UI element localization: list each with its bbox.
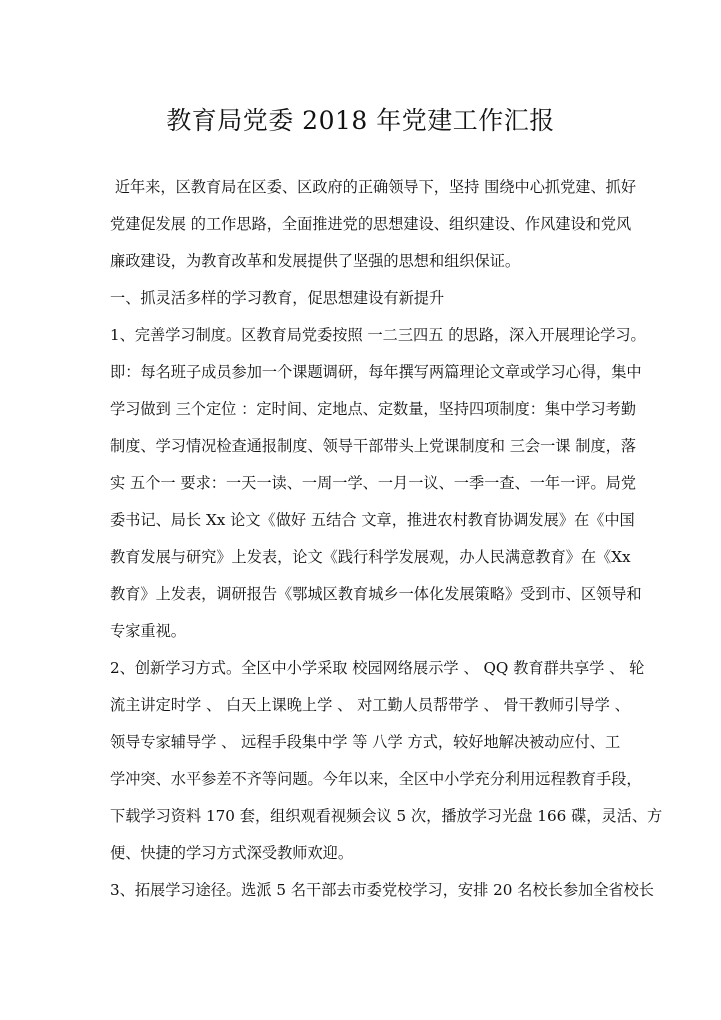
paragraph-line: 制度、学习情况检查通报制度、领导干部带头上党课制度和 三会一课 制度，落 — [110, 435, 612, 457]
paragraph-line: 委书记、局长 Xx 论文《做好 五结合 文章，推进农村教育协调发展》在《中国 — [110, 509, 612, 531]
paragraph-line: 廉政建设，为教育改革和发展提供了坚强的思想和组织保证。 — [110, 250, 612, 272]
paragraph-line: 党建促发展 的工作思路，全面推进党的思想建设、组织建设、作风建设和党风 — [110, 213, 612, 235]
section-heading: 一、抓灵活多样的学习教育，促思想建设有新提升 — [110, 287, 612, 309]
paragraph-line: 学冲突、水平参差不齐等问题。今年以来，全区中小学充分利用远程教育手段， — [110, 768, 612, 790]
paragraph-line: 2、创新学习方式。全区中小学采取 校园网络展示学 、 QQ 教育群共享学 、 轮 — [110, 657, 612, 679]
paragraph-line: 便、快捷的学习方式深受教师欢迎。 — [110, 842, 612, 864]
paragraph-line: 教育发展与研究》上发表，论文《践行科学发展观，办人民满意教育》在《Xx — [110, 546, 612, 568]
document-title: 教育局党委 2018 年党建工作汇报 — [0, 103, 721, 139]
paragraph-line: 学习做到 三个定位 ：定时间、定地点、定数量，坚持四项制度：集中学习考勤 — [110, 398, 612, 420]
paragraph-line: 下载学习资料 170 套，组织观看视频会议 5 次，播放学习光盘 166 碟，灵… — [110, 805, 612, 827]
paragraph-line: 教育》上发表，调研报告《鄂城区教育城乡一体化发展策略》受到市、区领导和 — [110, 583, 612, 605]
paragraph-line: 即：每名班子成员参加一个课题调研，每年撰写两篇理论文章或学习心得，集中 — [110, 361, 612, 383]
paragraph-line: 专家重视。 — [110, 620, 612, 642]
paragraph-line: 近年来，区教育局在区委、区政府的正确领导下，坚持 围绕中心抓党建、抓好 — [110, 176, 612, 198]
paragraph-line: 实 五个一 要求：一天一读、一周一学、一月一议、一季一查、一年一评。局党 — [110, 472, 612, 494]
document-page: 教育局党委 2018 年党建工作汇报 近年来，区教育局在区委、区政府的正确领导下… — [0, 0, 721, 1020]
paragraph-line: 领导专家辅导学 、 远程手段集中学 等 八学 方式，较好地解决被动应付、工 — [110, 731, 612, 753]
paragraph-line: 1、完善学习制度。区教育局党委按照 一二三四五 的思路，深入开展理论学习。 — [110, 324, 612, 346]
paragraph-line: 流主讲定时学 、 白天上课晚上学 、 对工勤人员帮带学 、 骨干教师引导学 、 — [110, 694, 612, 716]
paragraph-line: 3、拓展学习途径。选派 5 名干部去市委党校学习，安排 20 名校长参加全省校长 — [110, 879, 612, 901]
